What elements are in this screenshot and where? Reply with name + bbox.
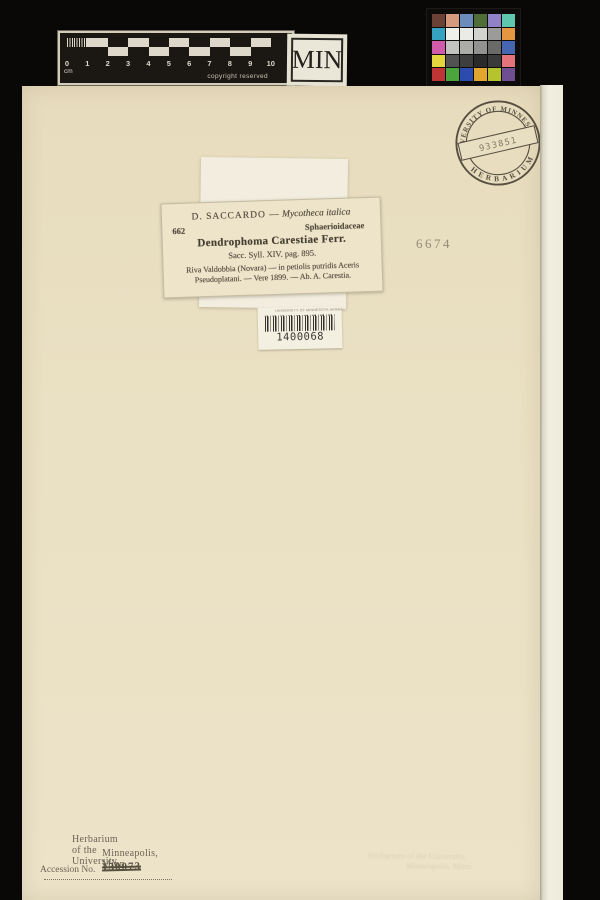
color-patch (488, 55, 501, 68)
ruler-copyright-text: copyright reserved (207, 73, 268, 80)
color-patch (474, 68, 487, 81)
ruler-segment (251, 38, 271, 47)
color-patch (502, 28, 515, 41)
ruler-number: 0 (63, 59, 71, 68)
barcode-number: 1400068 (258, 330, 342, 344)
label-publisher: D. SACCARDO — (191, 210, 280, 223)
color-patch (446, 28, 459, 41)
scale-ruler: 0 1 2 3 4 5 6 7 8 9 10 cm copyright rese… (58, 31, 294, 85)
color-patch (446, 55, 459, 68)
ruler-bar-row-top (67, 38, 271, 47)
ruler-number: 3 (124, 59, 132, 68)
ruler-bar-row-bottom (67, 47, 271, 56)
ruler-segment (87, 47, 107, 56)
color-patch (474, 41, 487, 54)
barcode-header-text: UNIVERSITY OF MINNESOTA HERBARIUM (275, 308, 324, 312)
color-patch (446, 41, 459, 54)
ruler-number: 2 (104, 59, 112, 68)
color-calibration-target (427, 9, 520, 86)
color-patch (488, 68, 501, 81)
ruler-tick-numbers: 0 1 2 3 4 5 6 7 8 9 10 (63, 59, 275, 68)
ruler-segment (169, 38, 189, 47)
ruler-segment (189, 47, 209, 56)
ruler-segment (67, 47, 87, 56)
ruler-number: 8 (226, 59, 234, 68)
barcode-label: UNIVERSITY OF MINNESOTA HERBARIUM 140006… (258, 306, 343, 350)
ruler-number: 10 (267, 59, 275, 68)
ruler-segment (251, 47, 271, 56)
specimen-label: D. SACCARDO — Mycotheca italica 662 Spha… (161, 197, 384, 299)
ruler-segment (128, 47, 148, 56)
barcode-icon (265, 314, 335, 331)
ruler-number: 1 (83, 59, 91, 68)
ruler-segment (128, 38, 148, 47)
ruler-segment (87, 38, 107, 47)
ruler-segment (108, 47, 128, 56)
color-patch (502, 41, 515, 54)
color-patch (460, 68, 473, 81)
color-patch (488, 41, 501, 54)
ruler-segment (169, 47, 189, 56)
color-patch (488, 14, 501, 27)
institution-code-tag: MIN (291, 38, 343, 83)
color-patch (446, 14, 459, 27)
color-patch (460, 55, 473, 68)
herbarium-sheet-scan: 0 1 2 3 4 5 6 7 8 9 10 cm copyright rese… (0, 0, 600, 900)
ruler-number: 7 (206, 59, 214, 68)
ruler-segment (149, 38, 169, 47)
label-series-name: Mycotheca italica (282, 208, 351, 220)
color-patch (432, 68, 445, 81)
ruler-segment (67, 38, 87, 47)
ruler-number: 6 (185, 59, 193, 68)
color-patch (502, 55, 515, 68)
accession-number-row: Accession No. 130073 (40, 865, 172, 885)
label-family: Sphaerioidaceae (305, 220, 365, 232)
ruler-segment (230, 47, 250, 56)
ruler-segment (108, 38, 128, 47)
color-patch (460, 14, 473, 27)
specimen-sheet: UNIVERSITY OF MINNESOTA HERBARIUM 933851… (22, 86, 540, 900)
color-patch (432, 55, 445, 68)
ruler-number: 4 (144, 59, 152, 68)
ruler-segment (210, 47, 230, 56)
color-patch (474, 14, 487, 27)
accession-crossed-out-number: 130073 (102, 860, 141, 873)
color-patch (460, 28, 473, 41)
ruler-unit-label: cm (64, 68, 73, 75)
institution-code-label: MIN (292, 45, 343, 76)
ruler-segment (210, 38, 230, 47)
color-patch (502, 14, 515, 27)
color-patch (432, 28, 445, 41)
ruler-number: 5 (165, 59, 173, 68)
accession-number-label: Accession No. (40, 865, 95, 875)
ghost-ink-imprint: Herbarium of the University, Minneapolis… (368, 850, 548, 872)
ruler-segment (230, 38, 250, 47)
ruler-number: 9 (246, 59, 254, 68)
color-patch (446, 68, 459, 81)
accession-dotted-line (44, 879, 172, 880)
ruler-segment (189, 38, 209, 47)
ghost-line-2: Minneapolis, Minn. (406, 861, 548, 872)
sheet-edge-strip (540, 85, 563, 900)
color-patch (460, 41, 473, 54)
color-patch (502, 68, 515, 81)
color-patch (474, 55, 487, 68)
ruler-segment (149, 47, 169, 56)
sheet-number-stamp: 6674 (416, 236, 452, 252)
ruler-bar-pattern (67, 38, 271, 56)
color-patch (488, 28, 501, 41)
color-patch (432, 14, 445, 27)
color-patch (432, 41, 445, 54)
label-collection-number: 662 (172, 226, 185, 236)
color-patch (474, 28, 487, 41)
